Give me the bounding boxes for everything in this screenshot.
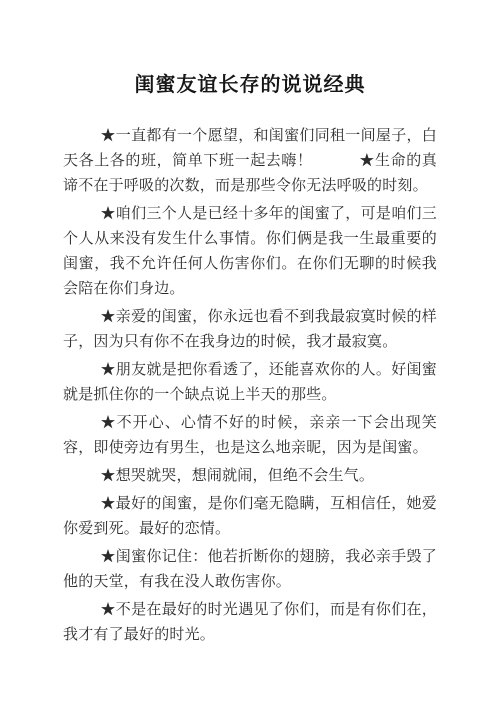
paragraph-2: ★咱们三个人是已经十多年的闺蜜了，可是咱们三个人从来没有发生什么事情。你们俩是我… [63,202,437,302]
page-title: 闺蜜友谊长存的说说经典 [63,72,437,98]
paragraph-6: ★想哭就哭，想闹就闹，但绝不会生气。 [63,464,437,489]
paragraph-1: ★一直都有一个愿望，和闺蜜们同租一间屋子，白天各上各的班，简单下班一起去嗨！ ★… [63,124,437,199]
paragraph-7: ★最好的闺蜜，是你们毫无隐瞒，互相信任，她爱你爱到死。最好的恋情。 [63,492,437,542]
paragraph-3: ★亲爱的闺蜜，你永远也看不到我最寂寞时候的样子，因为只有你不在我身边的时候，我才… [63,305,437,355]
paragraph-8: ★闺蜜你记住：他若折断你的翅膀，我必亲手毁了他的天堂，有我在没人敢伤害你。 [63,545,437,595]
paragraph-5: ★不开心、心情不好的时候，亲亲一下会出现笑容，即使旁边有男生，也是这么地亲昵，因… [63,411,437,461]
paragraph-4: ★朋友就是把你看透了，还能喜欢你的人。好闺蜜就是抓住你的一个缺点说上半天的那些。 [63,358,437,408]
paragraph-9: ★不是在最好的时光遇见了你们，而是有你们在，我才有了最好的时光。 [63,598,437,648]
document-page: 闺蜜友谊长存的说说经典 ★一直都有一个愿望，和闺蜜们同租一间屋子，白天各上各的班… [0,0,500,708]
